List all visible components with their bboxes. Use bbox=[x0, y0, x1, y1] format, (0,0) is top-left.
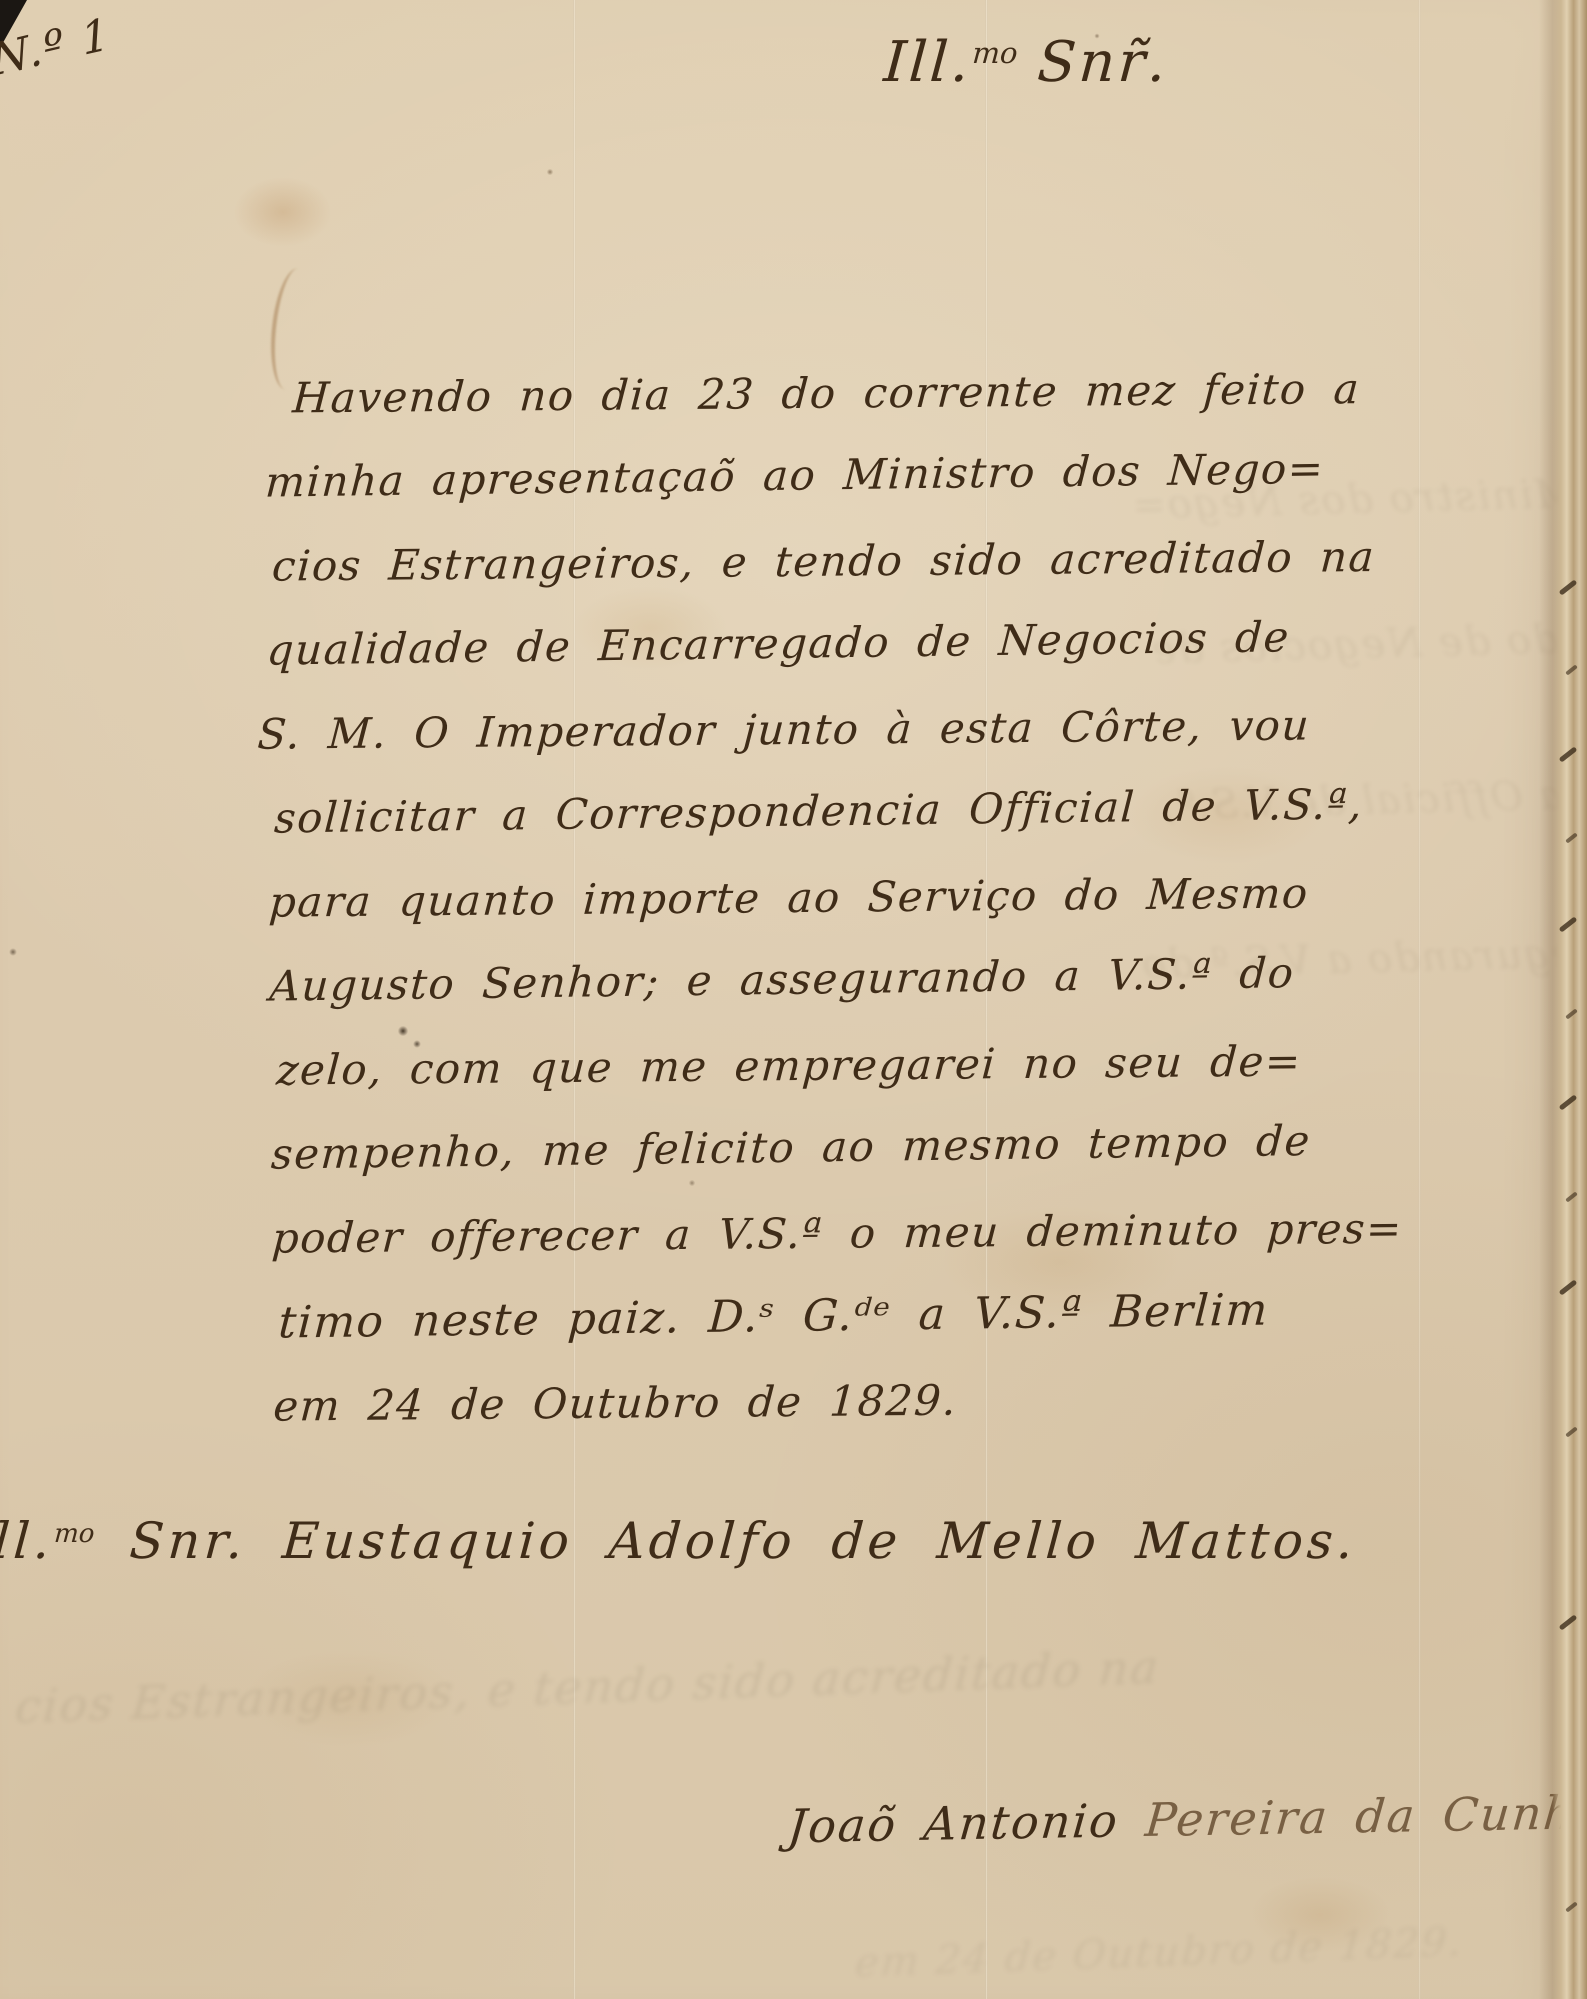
body-line: em 24 de Outubro de 1829. bbox=[270, 1370, 1565, 1465]
addressee-name: Snr. Eustaquio Adolfo de Mello Mattos. bbox=[92, 1512, 1359, 1570]
body-line: qualidade de Encarregado de Negocios de bbox=[263, 609, 1558, 710]
adjacent-page-ink-fragment bbox=[1559, 1614, 1578, 1630]
adjacent-page-ink-fragment bbox=[1559, 746, 1578, 762]
body-line: Augusto Senhor; e assegurando a V.S.ª do bbox=[266, 945, 1561, 1046]
adjacent-page-ink-fragment bbox=[1565, 1901, 1578, 1912]
body-line: timo neste paiz. D.ˢ G.ᵈᵉ a V.S.ª Berlim bbox=[275, 1281, 1564, 1382]
adjacent-page-ink-fragment bbox=[1565, 1191, 1578, 1202]
body-line: sollicitar a Correspondencia Official de… bbox=[271, 777, 1560, 878]
adjacent-page-ink-fragment bbox=[1565, 832, 1578, 843]
adjacent-page-ink-fragment bbox=[1559, 1094, 1578, 1110]
salutation-suffix: Snr̃. bbox=[1015, 30, 1171, 95]
signature-given-names: Joaõ Antonio bbox=[786, 1793, 1148, 1853]
body-line: minha apresentaçaõ ao Ministro dos Nego= bbox=[262, 441, 1557, 542]
addressee-line: Ill.mo Snr. Eustaquio Adolfo de Mello Ma… bbox=[0, 1512, 1359, 1570]
adjacent-page-ink-fragment bbox=[1565, 1008, 1578, 1019]
adjacent-page-ink-fragment bbox=[1559, 579, 1578, 595]
body-line: sempenho, me felicito ao mesmo tempo de bbox=[268, 1113, 1563, 1214]
adjacent-page-ink-fragment bbox=[1559, 916, 1578, 932]
salutation-superscript: mo bbox=[971, 36, 1019, 70]
bleed-through-text: cios Estrangeiros, e tendo sido acredita… bbox=[13, 1640, 1161, 1734]
manuscript-letter-page: N.º 1 Ill.mo Snr̃. Havendo no dia 23 do … bbox=[0, 0, 1587, 1999]
bleed-through-text: em 24 de Outubro de 1829. bbox=[854, 1919, 1465, 1986]
salutation-line: Ill.mo Snr̃. bbox=[882, 30, 1171, 95]
salutation-prefix: Ill. bbox=[882, 30, 974, 95]
adjacent-page-ink-fragment bbox=[1565, 664, 1578, 675]
addressee-prefix: Ill. bbox=[0, 1512, 56, 1570]
signature-line: Joaõ Antonio Pereira da Cunha. bbox=[786, 1785, 1587, 1854]
letter-body: Havendo no dia 23 do corrente mez feito … bbox=[263, 362, 1562, 1465]
adjacent-page-ink-fragment bbox=[1565, 1426, 1578, 1437]
addressee-superscript: mo bbox=[53, 1519, 95, 1549]
signature-surname: Pereira da Cunha. bbox=[1143, 1785, 1587, 1847]
